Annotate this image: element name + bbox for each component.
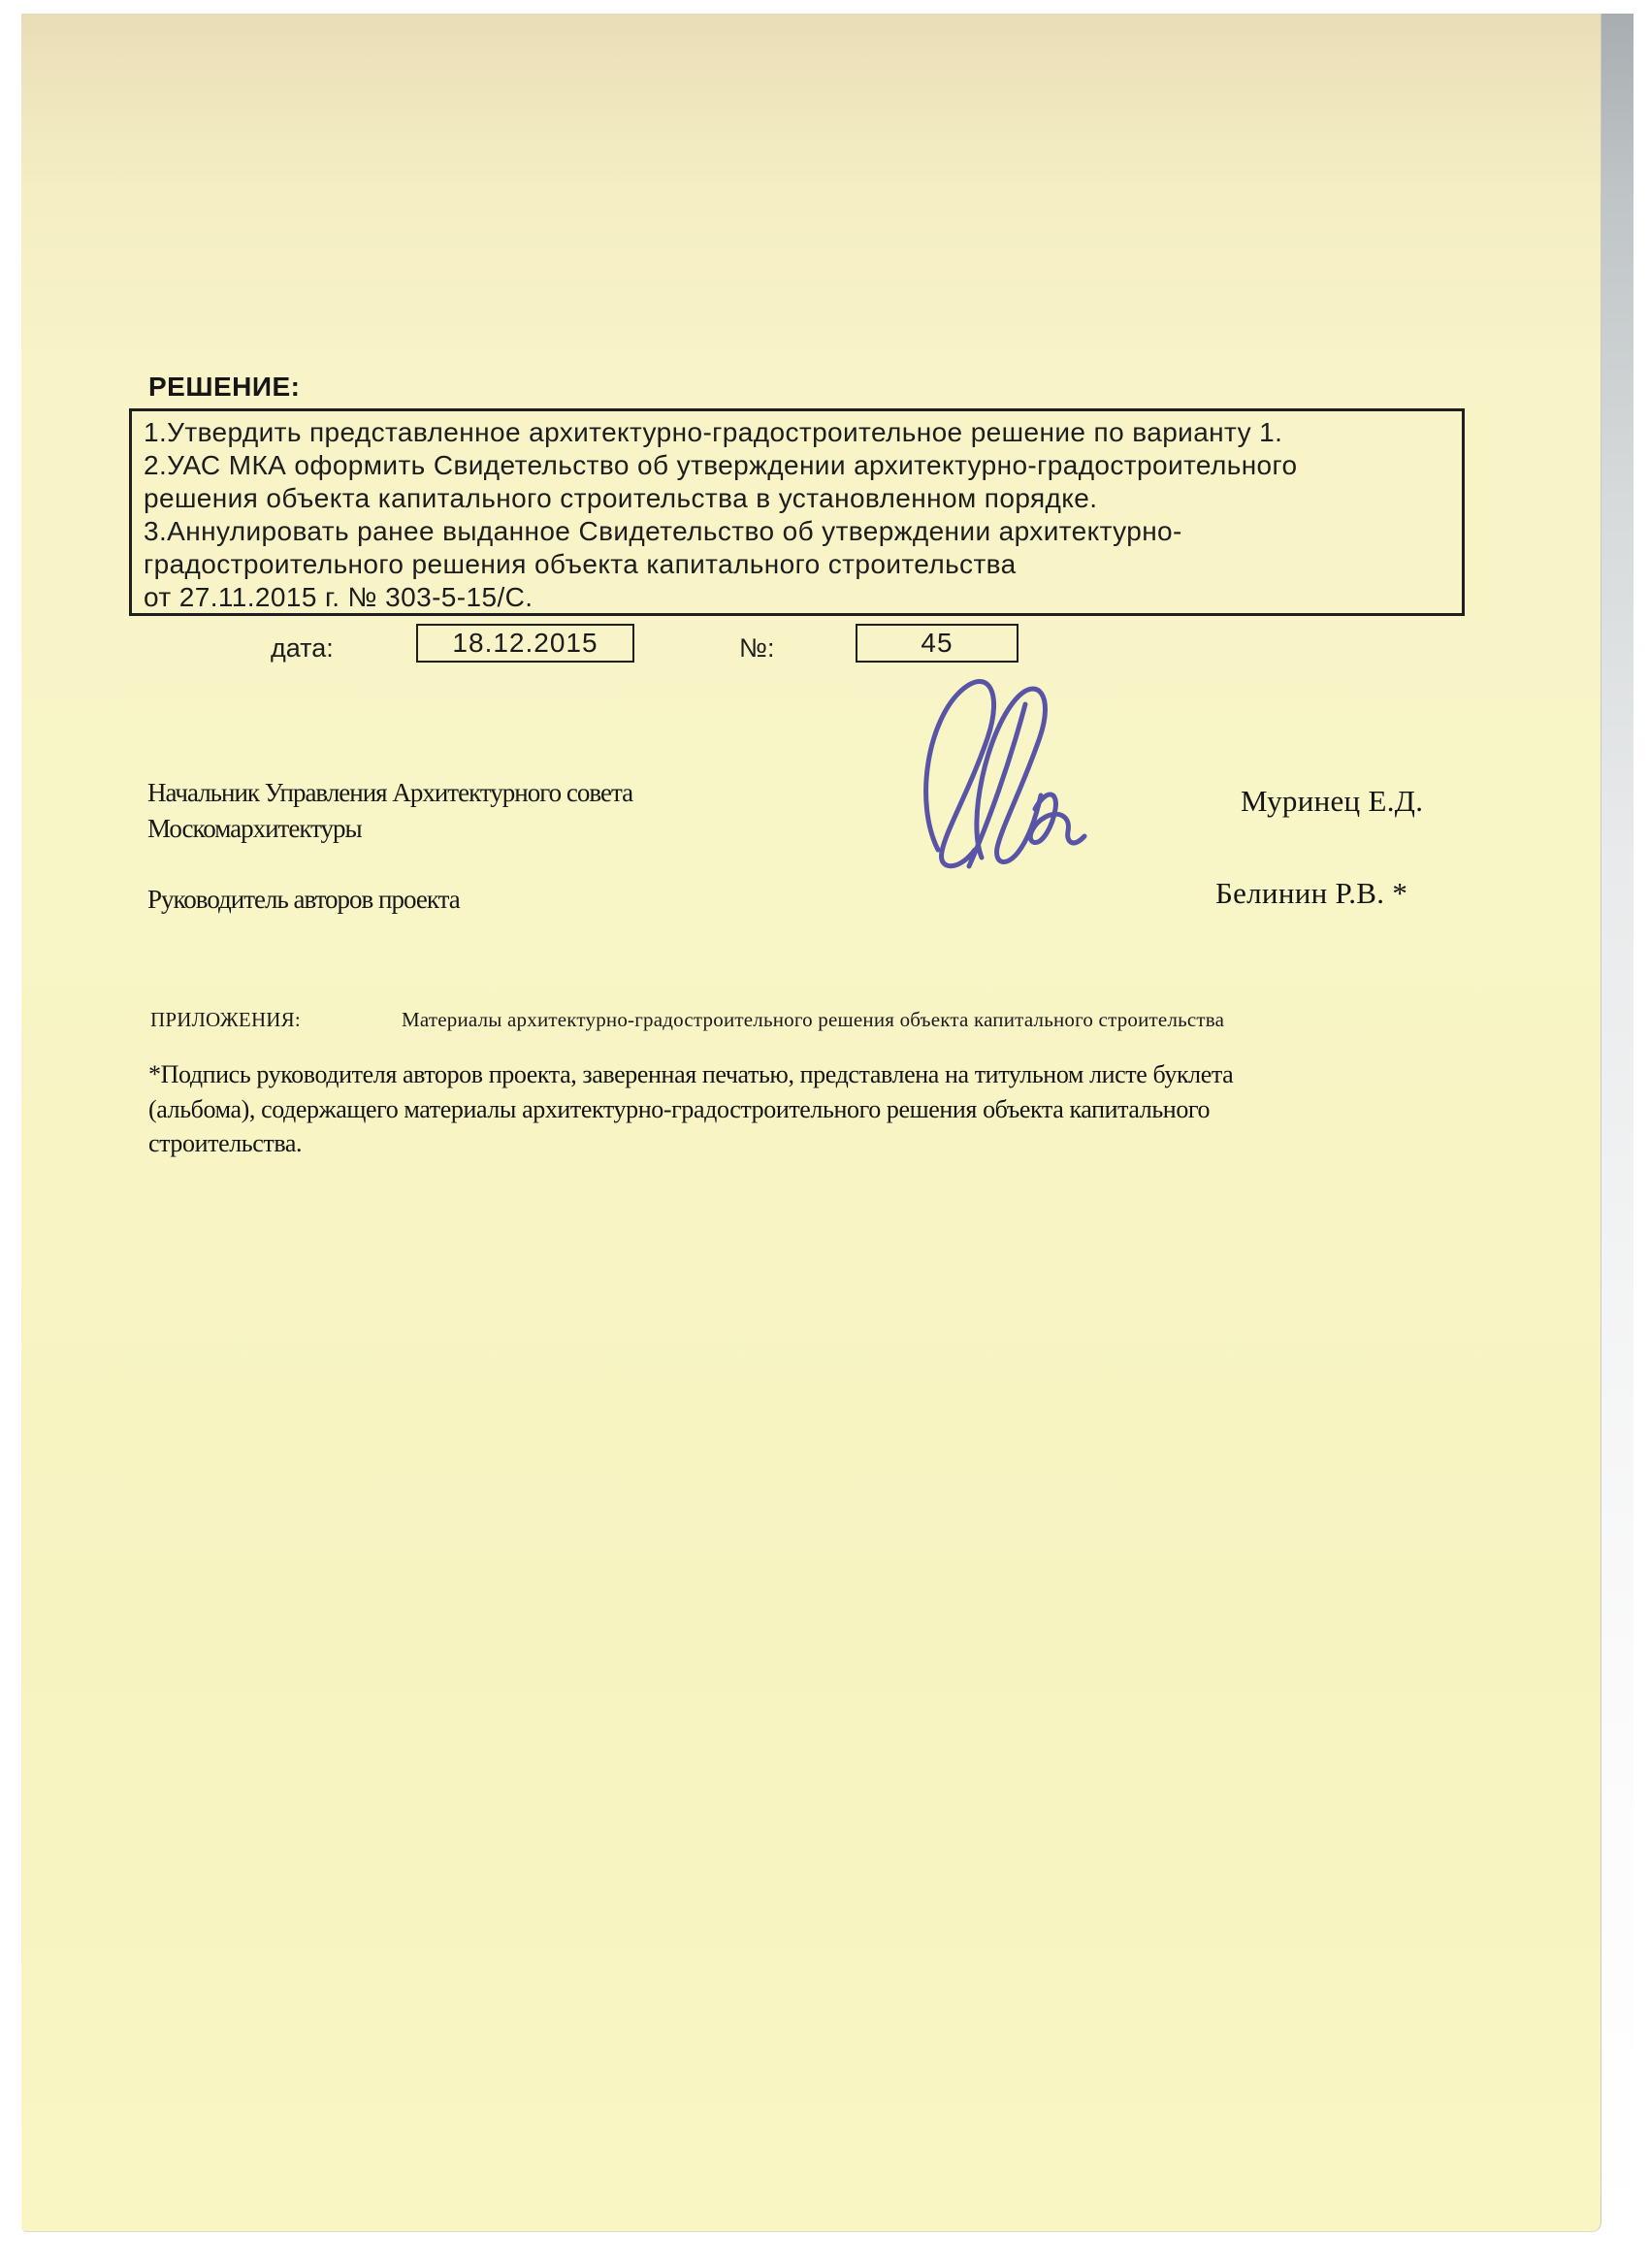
date-value-box: 18.12.2015: [416, 624, 634, 663]
date-label: дата:: [271, 633, 334, 664]
signature-ink: [909, 665, 1117, 898]
attachments-label: ПРИЛОЖЕНИЯ:: [150, 1008, 301, 1032]
signature-stroke: [977, 689, 1046, 861]
official-name: Белинин Р.В. *: [1215, 876, 1407, 911]
document-page: РЕШЕНИЕ: 1.Утвердить представленное архи…: [21, 14, 1601, 2232]
decision-box: 1.Утвердить представленное архитектурно-…: [129, 408, 1465, 616]
footnote-line: строительства.: [148, 1126, 1233, 1161]
footnote-line: *Подпись руководителя авторов проекта, з…: [148, 1057, 1233, 1092]
decision-line: 3.Аннулировать ранее выданное Свидетельс…: [144, 515, 1450, 548]
official-title-line: Начальник Управления Архитектурного сове…: [147, 778, 632, 808]
footnote-line: (альбома), содержащего материалы архитек…: [148, 1092, 1233, 1127]
number-value-box: 45: [856, 624, 1018, 663]
number-label: №:: [739, 633, 774, 664]
decision-line: решения объекта капитального строительст…: [144, 482, 1450, 515]
decision-line: 2.УАС МКА оформить Свидетельство об утве…: [144, 449, 1450, 482]
scanned-document: { "colors": { "paper": "#f8f4c6", "ink_t…: [0, 0, 1649, 2268]
official-title-line: Руководитель авторов проекта: [147, 885, 460, 915]
date-value: 18.12.2015: [452, 628, 598, 659]
decision-line: 1.Утвердить представленное архитектурно-…: [144, 416, 1450, 449]
decision-line: градостроительного решения объекта капит…: [144, 548, 1450, 581]
footnote: *Подпись руководителя авторов проекта, з…: [148, 1057, 1233, 1161]
decision-heading: РЕШЕНИЕ:: [148, 372, 301, 403]
decision-line: от 27.11.2015 г. № 303-5-15/С.: [144, 581, 1450, 614]
number-value: 45: [921, 628, 953, 659]
signature-stroke: [1030, 794, 1084, 843]
scanner-edge-shadow: [1600, 14, 1633, 2231]
official-title-line: Москомархитектуры: [147, 814, 362, 844]
official-name: Муринец Е.Д.: [1241, 784, 1423, 819]
attachments-value: Материалы архитектурно-градостроительног…: [402, 1008, 1224, 1032]
